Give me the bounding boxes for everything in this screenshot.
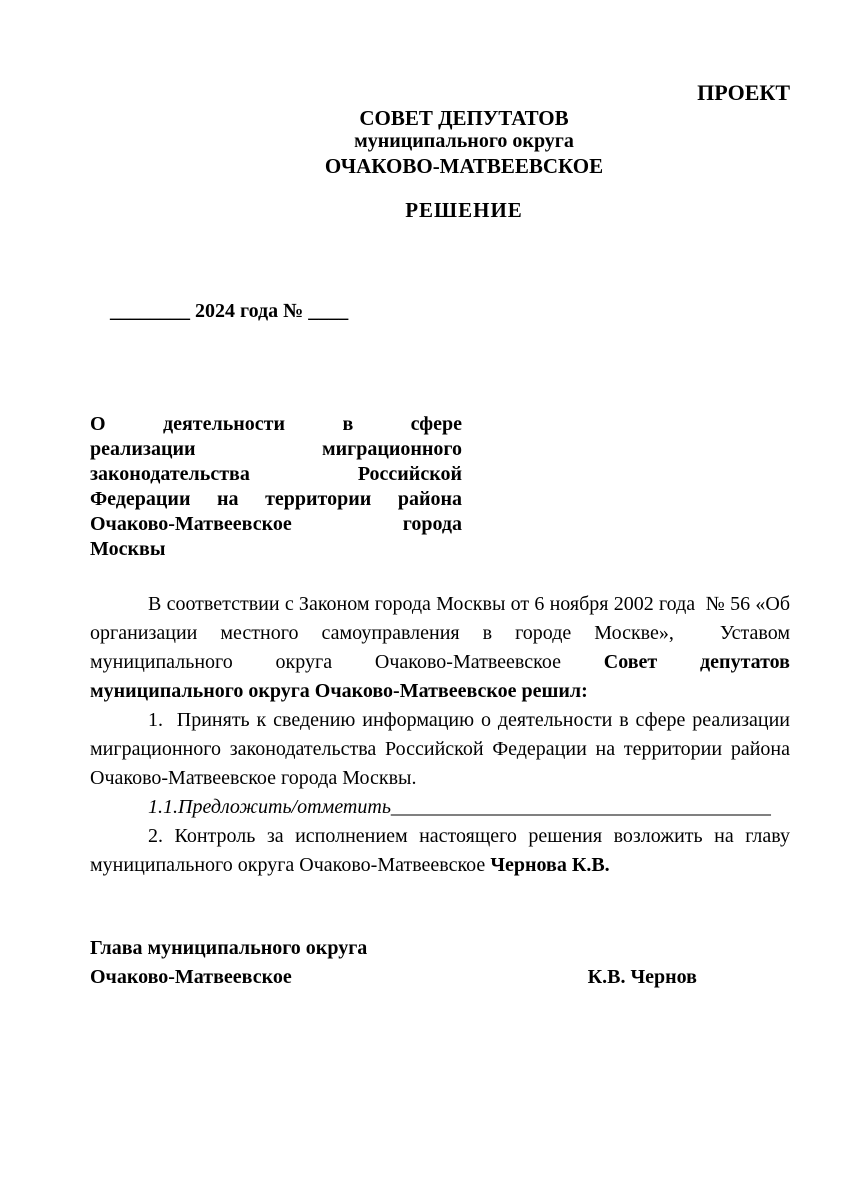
item-1-1-blank-underscores-italic: __________ bbox=[391, 796, 491, 818]
subject-line: Москвы bbox=[90, 537, 462, 562]
item-2-normal-text: 2. Контроль за исполнением настоящего ре… bbox=[90, 825, 795, 876]
paragraph-item-1: 1. Принять к сведению информацию о деяте… bbox=[90, 706, 790, 793]
paragraph-preamble: В соответствии с Законом города Москвы о… bbox=[90, 590, 790, 706]
date-number-line: ________ 2024 года № ____ bbox=[90, 266, 790, 356]
signatory-name: К.В. Чернов bbox=[588, 963, 697, 992]
subject-line: Очаково-Матвеевское города bbox=[90, 512, 462, 537]
signature-title-line: Глава муниципального округа bbox=[90, 934, 790, 963]
subject-block: О деятельности в сфере реализации миграц… bbox=[90, 412, 462, 562]
date-text: 2024 года № bbox=[190, 300, 308, 322]
org-name-line1: СОВЕТ ДЕПУТАТОВ bbox=[138, 106, 790, 130]
signature-row: Очаково-Матвеевское К.В. Чернов bbox=[90, 963, 790, 992]
document-type-title: РЕШЕНИЕ bbox=[90, 197, 790, 223]
org-header: СОВЕТ ДЕПУТАТОВ муниципального округа ОЧ… bbox=[90, 106, 790, 179]
paragraph-item-1-1: 1.1.Предложить/отметить_________________… bbox=[90, 793, 790, 822]
document-page: ПРОЕКТ СОВЕТ ДЕПУТАТОВ муниципального ок… bbox=[0, 0, 848, 1200]
item-1-1-blank-underscores: ____________________________ bbox=[491, 796, 771, 818]
signature-block: Глава муниципального округа Очаково-Матв… bbox=[90, 934, 790, 992]
paragraph-item-2: 2. Контроль за исполнением настоящего ре… bbox=[90, 822, 790, 880]
org-name-line3: ОЧАКОВО-МАТВЕЕВСКОЕ bbox=[138, 153, 790, 179]
number-blank-underscores: ____ bbox=[308, 300, 348, 322]
subject-line: законодательства Российской bbox=[90, 462, 462, 487]
signature-org-line: Очаково-Матвеевское bbox=[90, 963, 292, 992]
date-blank-underscores: ________ bbox=[110, 300, 190, 322]
subject-line: реализации миграционного bbox=[90, 437, 462, 462]
body-text: В соответствии с Законом города Москвы о… bbox=[90, 590, 790, 880]
subject-line: Федерации на территории района bbox=[90, 487, 462, 512]
draft-label: ПРОЕКТ bbox=[90, 80, 790, 106]
item-1-1-italic-text: 1.1.Предложить/отметить bbox=[148, 796, 391, 818]
subject-line: О деятельности в сфере bbox=[90, 412, 462, 437]
org-name-line2: муниципального округа bbox=[138, 130, 790, 153]
item-2-bold-name: Чернова К.В. bbox=[490, 854, 609, 876]
